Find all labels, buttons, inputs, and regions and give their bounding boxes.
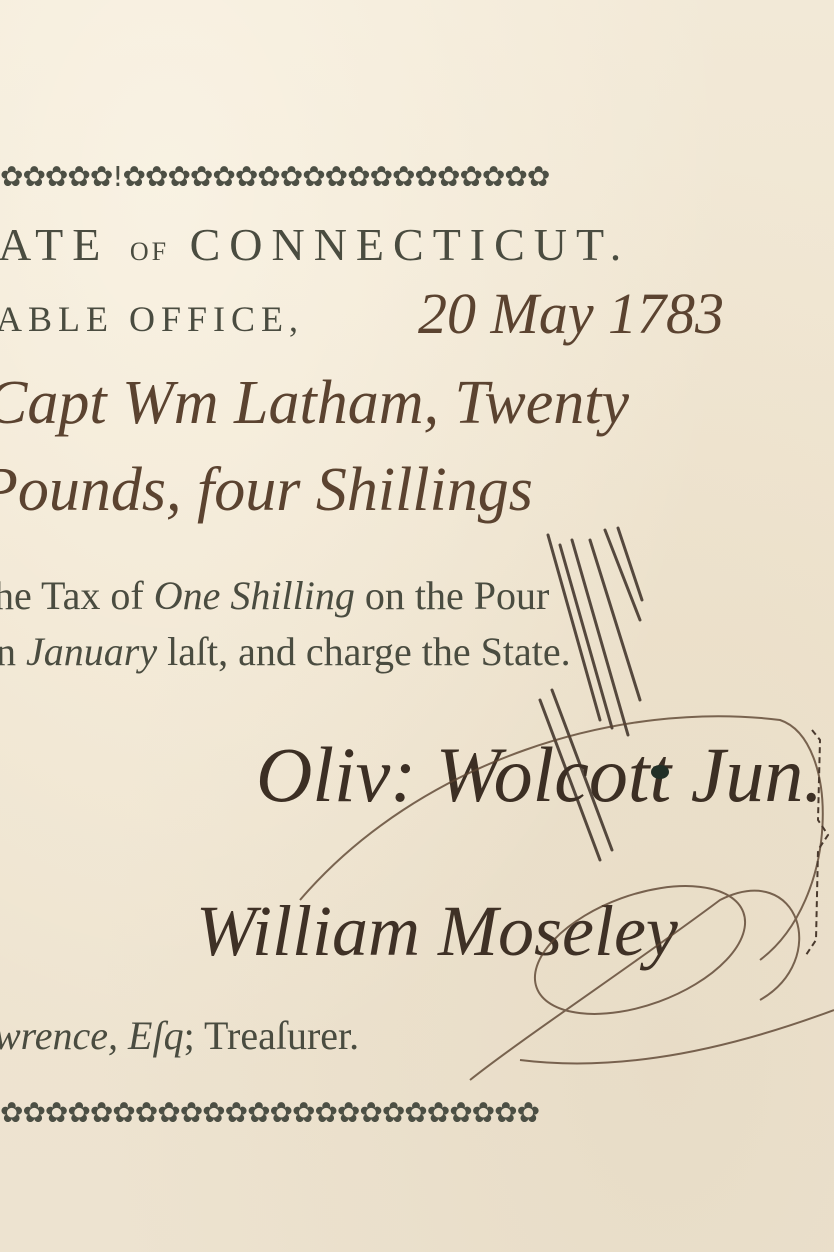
treasurer-title: ; Treaſurer. <box>184 1013 360 1058</box>
office-label: ABLE OFFICE, <box>0 298 304 340</box>
title-part-1: ATE <box>0 219 130 270</box>
bottom-ornamental-border: ✿✿✿✿✿✿✿✿✿✿✿✿✿✿✿✿✿✿✿✿✿✿✿✿ <box>0 1096 834 1130</box>
handwritten-amount: Pounds, four Shillings <box>0 455 533 526</box>
january-text: January <box>26 629 157 674</box>
body-line-2-tail: laſt, and charge the State. <box>157 629 571 674</box>
handwritten-date: 20 May 1783 <box>418 280 724 347</box>
title-part-2: CONNECTICUT. <box>169 219 630 270</box>
top-ornamental-border: ✿✿✿✿✿!✿✿✿✿✿✿✿✿✿✿✿✿✿✿✿✿✿✿✿ <box>0 160 834 194</box>
signature-moseley: William Moseley <box>196 890 678 973</box>
handwritten-payee: Capt Wm Latham, Twenty <box>0 368 629 439</box>
body-line-1: he Tax of One Shilling on the Pour <box>0 572 549 619</box>
state-title: ATE OF CONNECTICUT. <box>0 218 630 271</box>
one-shilling-text: One Shilling <box>154 573 355 618</box>
treasurer-name: wrence, <box>0 1013 128 1058</box>
body-line-2: n January laſt, and charge the State. <box>0 628 571 675</box>
treasurer-line: wrence, Eſq; Treaſurer. <box>0 1012 359 1059</box>
title-of: OF <box>130 237 169 266</box>
signature-wolcott: Oliv: Wolcott Jun. <box>256 730 823 820</box>
body-line-1-tail: on the Pour <box>355 573 549 618</box>
esq-text: Eſq <box>128 1013 184 1058</box>
body-line-2-text: n <box>0 629 26 674</box>
body-line-1-text: he Tax of <box>0 573 154 618</box>
